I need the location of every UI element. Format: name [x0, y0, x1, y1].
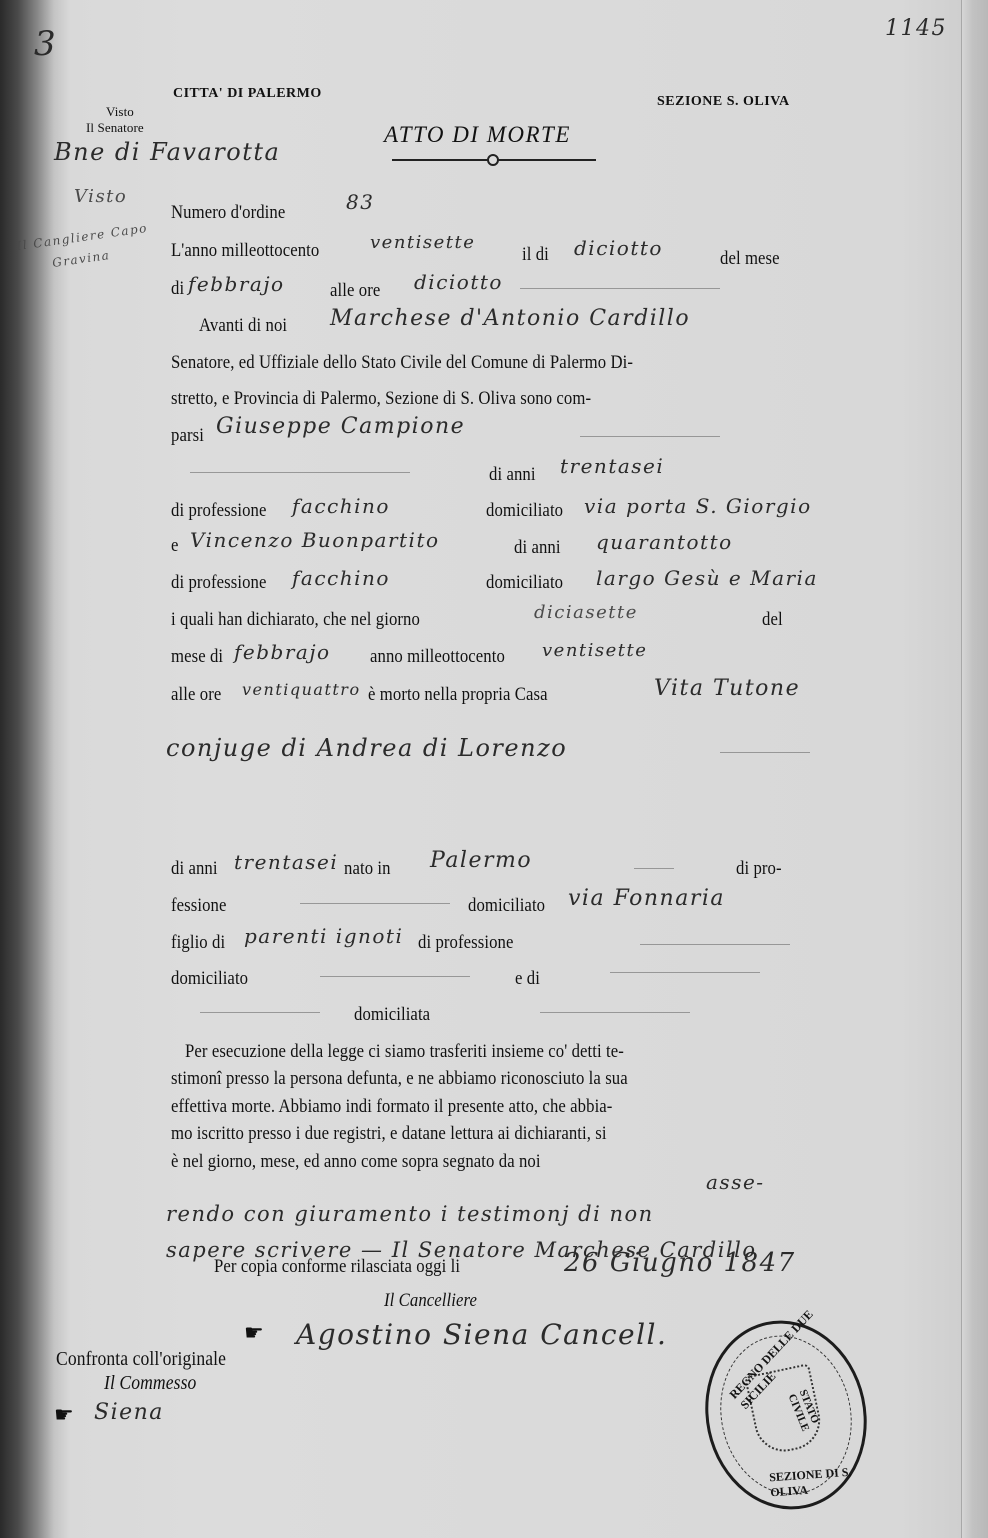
page-edge	[961, 0, 988, 1538]
del-mese-label: del mese	[720, 248, 780, 270]
witness2-age: quarantotto	[596, 530, 733, 554]
copia-date: 26 Giugno 1847	[564, 1248, 796, 1278]
di-label: di	[171, 278, 184, 300]
document-page: 3 1145 CITTA' DI PALERMO SEZIONE S. OLIV…	[0, 0, 988, 1538]
cancelliere-signature: Agostino Siena Cancell.	[296, 1318, 667, 1351]
fill-line	[580, 436, 720, 437]
morto-label: è morto nella propria Casa	[368, 684, 548, 706]
avanti-label: Avanti di noi	[199, 315, 287, 337]
distretto-line: stretto, e Provincia di Palermo, Sezione…	[171, 388, 591, 410]
document-title: ATTO DI MORTE	[384, 122, 571, 148]
senatore-line: Senatore, ed Uffiziale dello Stato Civil…	[171, 352, 633, 374]
death-hour-value: ventiquattro	[242, 680, 361, 699]
closing-line-4: mo iscritto presso i due registri, e dat…	[171, 1120, 607, 1148]
deceased-age: trentasei	[234, 850, 338, 874]
senatore-signature: Bne di Favarotta	[54, 138, 280, 166]
mese-di-label: mese di	[171, 646, 223, 668]
deceased-name: Vita Tutone	[654, 676, 800, 701]
witness1-domicile: via porta S. Giorgio	[584, 494, 812, 518]
confronta-label: Confronta coll'originale	[56, 1348, 226, 1371]
birthplace: Palermo	[430, 848, 532, 873]
death-year-value: ventisette	[542, 640, 647, 661]
fill-line	[540, 1012, 690, 1013]
witness1-age: trentasei	[560, 454, 664, 478]
anno-value: ventisette	[370, 232, 475, 253]
fill-line	[320, 976, 470, 977]
commesso-signature: Siena	[94, 1400, 164, 1425]
pointing-hand-icon: ☛	[244, 1320, 264, 1346]
fill-line	[300, 903, 450, 904]
folio-number: 1145	[885, 16, 947, 41]
closing-paragraph-cont: stimonî presso la persona defunta, e ne …	[171, 1065, 771, 1175]
witness1-name: Giuseppe Campione	[216, 414, 465, 439]
seal-text-bottom: SEZIONE DI S. OLIVA	[769, 1463, 879, 1500]
witness2-domicile: largo Gesù e Maria	[596, 566, 818, 590]
e-di-label: e di	[515, 968, 540, 990]
fill-line	[640, 944, 790, 945]
fill-line	[720, 752, 810, 753]
closing-paragraph: Per esecuzione della legge ci siamo tras…	[185, 1038, 785, 1066]
title-ornament	[487, 154, 499, 166]
parsi-label: parsi	[171, 425, 204, 447]
margin-visto-note: Visto	[74, 186, 127, 207]
nato-in-label: nato in	[344, 858, 391, 880]
pointing-hand-icon: ☛	[54, 1402, 74, 1428]
di-anni-label-3: di anni	[171, 858, 218, 880]
numero-label: Numero d'ordine	[171, 202, 285, 224]
senatore-label: Il Senatore	[86, 120, 144, 136]
mese-value: febbrajo	[188, 272, 285, 296]
page-marker: 3	[34, 24, 57, 64]
closing-line-1: Per esecuzione della legge ci siamo tras…	[185, 1038, 624, 1066]
handwritten-line-2: rendo con giuramento i testimonj di non	[166, 1202, 654, 1226]
fessione-label: fessione	[171, 895, 226, 917]
deceased-spouse: conjuge di Andrea di Lorenzo	[166, 734, 567, 762]
ore-value: diciotto	[414, 270, 503, 294]
fill-line	[610, 972, 760, 973]
domicile-label-2: domiciliato	[486, 572, 563, 594]
di-professione-label: di professione	[418, 932, 514, 954]
margin-annotation-1: Il Cangliere Capo	[16, 221, 149, 253]
fill-line	[634, 868, 674, 869]
margin-annotation-2: Gravina	[51, 248, 111, 270]
witness1-profession: facchino	[292, 494, 390, 518]
fill-line	[200, 1012, 320, 1013]
parents-value: parenti ignoti	[244, 924, 403, 948]
closing-line-2: stimonî presso la persona defunta, e ne …	[171, 1065, 628, 1093]
di-anni-label-2: di anni	[514, 537, 561, 559]
witness2-name: Vincenzo Buonpartito	[190, 528, 440, 552]
deceased-domicile: via Fonnaria	[568, 886, 725, 911]
figlio-di-label: figlio di	[171, 932, 225, 954]
visto-label: Visto	[106, 104, 134, 120]
numero-value: 83	[346, 190, 374, 214]
il-di-label: il di	[522, 244, 549, 266]
il-di-value: diciotto	[574, 236, 663, 260]
anno-label: L'anno milleottocento	[171, 240, 319, 262]
e-label: e	[171, 535, 179, 557]
copia-label: Per copia conforme rilasciata oggi li	[214, 1256, 460, 1278]
profession-label-2: di professione	[171, 572, 267, 594]
del-label: del	[762, 609, 783, 631]
cancelliere-label: Il Cancelliere	[384, 1290, 477, 1312]
death-month-value: febbrajo	[234, 640, 331, 664]
alle-ore-label: alle ore	[330, 280, 380, 302]
commesso-label: Il Commesso	[104, 1372, 196, 1395]
domicile-label-3: domiciliato	[468, 895, 545, 917]
city-header: CITTA' DI PALERMO	[173, 86, 322, 102]
domicile-label-4: domiciliato	[171, 968, 248, 990]
di-anni-label: di anni	[489, 464, 536, 486]
section-header: SEZIONE S. OLIVA	[657, 94, 790, 110]
closing-line-5: è nel giorno, mese, ed anno come sopra s…	[171, 1148, 541, 1176]
official-seal: REGNO DELLE DUE SICILIE STATO CIVILE SEZ…	[688, 1305, 884, 1524]
handwritten-continuation: asse-	[706, 1170, 765, 1194]
avanti-value: Marchese d'Antonio Cardillo	[330, 306, 690, 331]
closing-line-3: effettiva morte. Abbiamo indi formato il…	[171, 1093, 612, 1121]
alle-ore2-label: alle ore	[171, 684, 221, 706]
fill-line	[520, 288, 720, 289]
profession-label-1: di professione	[171, 500, 267, 522]
dichiarato-label: i quali han dichiarato, che nel giorno	[171, 609, 420, 631]
domiciliata-label: domiciliata	[354, 1004, 430, 1026]
domicile-label-1: domiciliato	[486, 500, 563, 522]
witness2-profession: facchino	[292, 566, 390, 590]
anno-mille-label: anno milleottocento	[370, 646, 505, 668]
di-pro-label: di pro-	[736, 858, 782, 880]
death-day-value: diciasette	[534, 602, 638, 623]
fill-line	[190, 472, 410, 473]
